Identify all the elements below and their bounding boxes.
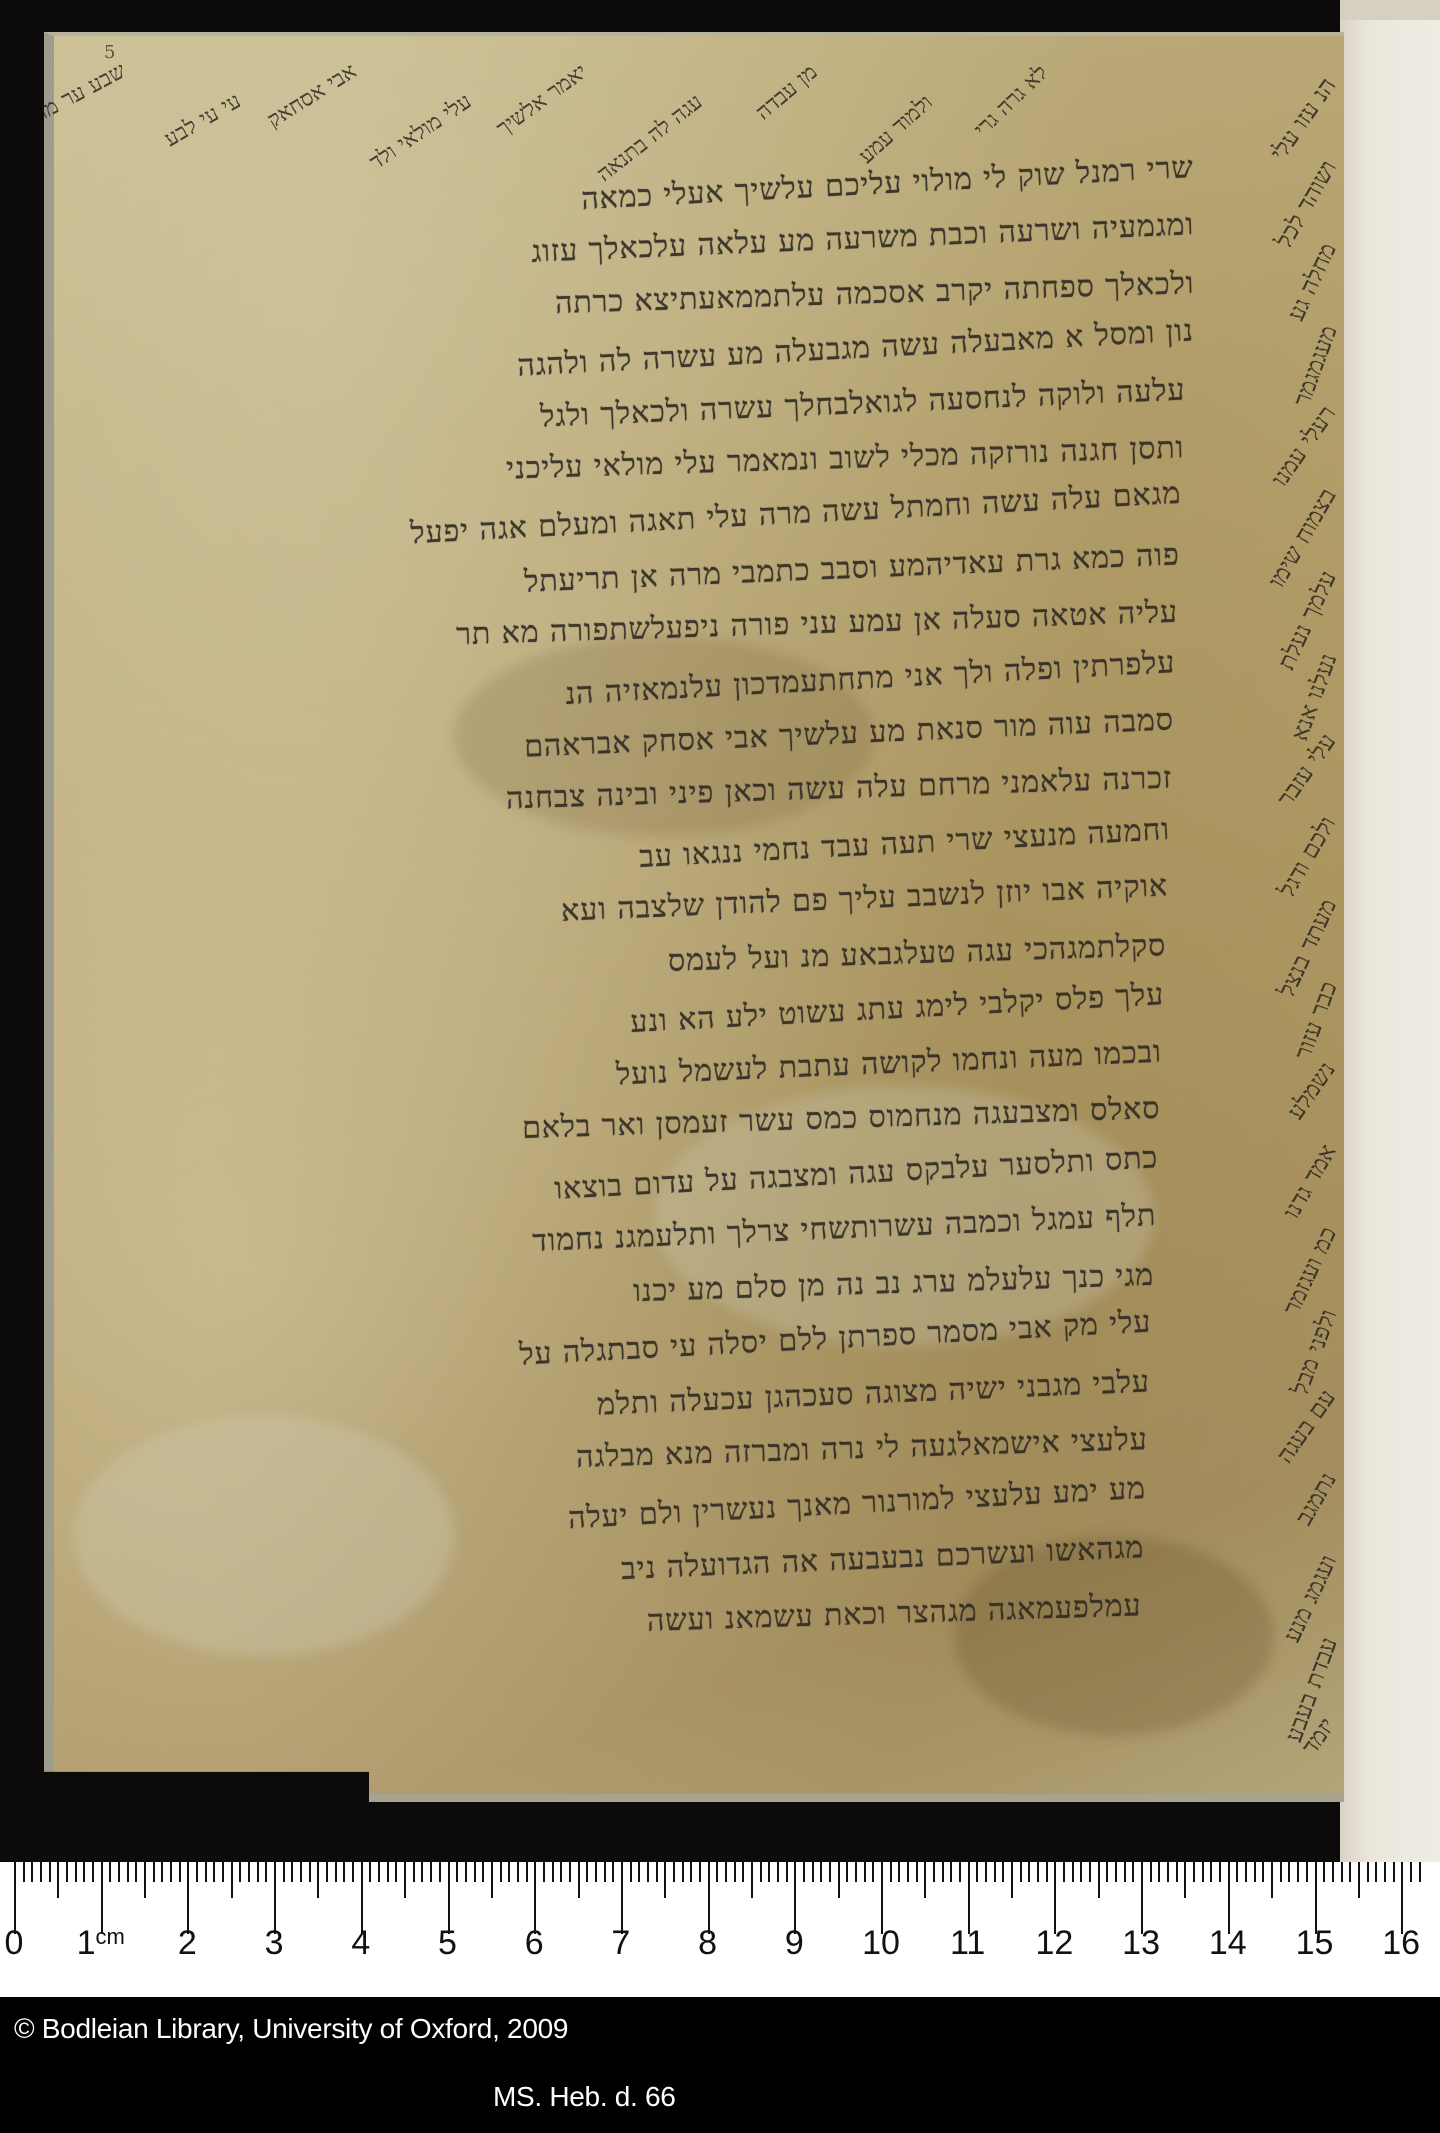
ruler-label: 15 <box>1296 1924 1334 1963</box>
text-line: עמלפעמאגה מגהצר וכאת עשמאנ ועשה <box>647 1588 1142 1638</box>
ruler-tick <box>1115 1862 1117 1882</box>
ruler-tick <box>326 1862 328 1882</box>
ruler-tick <box>846 1862 848 1882</box>
ruler-tick <box>916 1862 918 1882</box>
ruler-tick <box>803 1862 805 1882</box>
ruler-tick <box>395 1862 397 1882</box>
ruler-tick <box>248 1862 250 1882</box>
ruler-tick <box>890 1862 892 1882</box>
ruler-tick <box>1262 1862 1264 1882</box>
ruler-tick <box>57 1862 59 1898</box>
ruler-tick <box>586 1862 588 1882</box>
text-line: פוה כמא גרת עאדיהמע וסבב כתמבי מרה אן תר… <box>524 537 1181 598</box>
text-line: אוקיה אבו יוזן לנשבב עליך פם להודן שלצבה… <box>560 868 1168 927</box>
ruler-tick <box>83 1862 85 1882</box>
ruler-tick <box>1367 1862 1369 1882</box>
ruler-tick <box>552 1862 554 1882</box>
ruler-tick <box>760 1862 762 1882</box>
ruler-tick <box>985 1862 987 1882</box>
ruler-label: 1cm <box>77 1924 125 1963</box>
text-line: מגהאשו ועשרכם נבעבעה אה הגדועלה ניב <box>620 1530 1144 1586</box>
ruler-tick <box>170 1862 172 1882</box>
ruler-tick <box>673 1862 675 1882</box>
ruler-tick <box>543 1862 545 1882</box>
ruler-tick <box>777 1862 779 1882</box>
ruler-tick <box>430 1862 432 1882</box>
ruler-tick <box>1245 1862 1247 1882</box>
ruler-tick <box>491 1862 493 1898</box>
ruler-tick <box>257 1862 259 1882</box>
ruler-label: 0 <box>5 1924 24 1963</box>
ruler-label: 5 <box>438 1924 457 1963</box>
ruler-tick <box>66 1862 68 1882</box>
ruler-tick <box>924 1862 926 1898</box>
ruler-tick <box>1375 1862 1377 1882</box>
ruler-tick <box>1323 1862 1325 1882</box>
ruler-tick <box>144 1862 146 1898</box>
ruler-unit: cm <box>95 1924 124 1949</box>
ruler-tick <box>812 1862 814 1882</box>
ruler-tick <box>578 1862 580 1898</box>
ruler-tick <box>1254 1862 1256 1882</box>
ruler-tick <box>1419 1862 1421 1882</box>
text-line: כתס ותלסער עלבקס עגה ומצבגה על עדום בוצא… <box>553 1140 1158 1206</box>
ruler-tick <box>222 1862 224 1882</box>
ruler-tick <box>1184 1862 1186 1898</box>
ruler-tick <box>1089 1862 1091 1882</box>
ruler-tick <box>1202 1862 1204 1882</box>
ruler-tick <box>317 1862 319 1898</box>
text-line: ומגמעיה ושרעה וכבת משרעה מע עלאה עלכאלך … <box>530 207 1194 269</box>
ruler-tick <box>872 1862 874 1882</box>
ruler-tick <box>612 1862 614 1882</box>
ruler-tick <box>1011 1862 1013 1898</box>
copyright-notice: © Bodleian Library, University of Oxford… <box>14 2013 568 2045</box>
ruler-tick <box>1210 1862 1212 1882</box>
ruler-tick <box>1349 1862 1351 1882</box>
ruler-tick <box>179 1862 181 1882</box>
text-line: וחמעה מנעצי שרי תעה עבד נחמי ננגאו עב <box>638 812 1170 874</box>
ruler-tick <box>656 1862 658 1882</box>
ruler-tick <box>1236 1862 1238 1882</box>
ruler-tick <box>474 1862 476 1882</box>
ruler-tick <box>647 1862 649 1882</box>
ruler-tick <box>456 1862 458 1882</box>
ruler-tick <box>500 1862 502 1882</box>
ruler-tick <box>49 1862 51 1882</box>
ruler-tick <box>153 1862 155 1882</box>
ruler-tick <box>1028 1862 1030 1882</box>
text-line: ותסן חגנה נורזקה מכלי לשוב ונמאמר עלי מו… <box>505 430 1184 485</box>
ruler-tick <box>1132 1862 1134 1882</box>
ruler-tick <box>265 1862 267 1882</box>
ruler-tick <box>369 1862 371 1882</box>
text-line: סמבה עוה מור סנאת מע עלשיך אבי אסחק אברא… <box>523 702 1174 763</box>
ruler-tick <box>1219 1862 1221 1882</box>
ruler-tick <box>300 1862 302 1882</box>
text-line: סקלתמגהכי עגה טעלגבאע מנ ועל לעמס <box>667 928 1166 978</box>
ruler-tick <box>309 1862 311 1882</box>
ruler-tick <box>526 1862 528 1882</box>
ruler-tick <box>942 1862 944 1882</box>
main-text-block: שרי רמנל שוק לי מולוי עליכם עלשיך אעלי כ… <box>124 36 1344 1794</box>
text-line: סאלס ומצבעגה מנחמוס כמס עשר זעמסן ואר בל… <box>521 1091 1160 1145</box>
ruler-tick <box>439 1862 441 1882</box>
ruler-tick <box>291 1862 293 1882</box>
caption-bar: © Bodleian Library, University of Oxford… <box>0 1997 1440 2133</box>
ruler-tick <box>725 1862 727 1882</box>
ruler-tick <box>1306 1862 1308 1882</box>
ruler-tick <box>1080 1862 1082 1882</box>
text-line: תלף עמגל וכמבה עשרותשחי צרלך ותלעמגנ נחמ… <box>531 1198 1156 1258</box>
ruler-tick <box>742 1862 744 1882</box>
text-line: מע ימע עלעצי למורנור מאנך נעשרין ולם יעל… <box>567 1471 1146 1535</box>
ruler-tick <box>517 1862 519 1882</box>
ruler-tick <box>864 1862 866 1882</box>
ruler-tick <box>23 1862 25 1882</box>
text-line: זכרנה עלאמני מרחם עלה עשה וכאן פיני ובינ… <box>505 761 1172 816</box>
ruler-tick <box>820 1862 822 1882</box>
ruler-tick <box>508 1862 510 1882</box>
ruler-tick <box>231 1862 233 1898</box>
ruler-tick <box>205 1862 207 1882</box>
ruler-label: 11 <box>950 1924 985 1963</box>
ruler-tick <box>127 1862 129 1882</box>
ruler-tick <box>1280 1862 1282 1882</box>
ruler-tick <box>630 1862 632 1882</box>
ruler-tick <box>1002 1862 1004 1882</box>
ruler-label: 9 <box>785 1924 804 1963</box>
ruler-label: 13 <box>1122 1924 1160 1963</box>
ruler-label: 16 <box>1382 1924 1420 1963</box>
ruler-label: 2 <box>178 1924 197 1963</box>
ruler-tick <box>768 1862 770 1882</box>
ruler-tick <box>1193 1862 1195 1882</box>
ruler-tick <box>1098 1862 1100 1898</box>
ruler-tick <box>838 1862 840 1898</box>
ruler-tick <box>604 1862 606 1882</box>
ruler-tick <box>716 1862 718 1882</box>
ruler-tick <box>1393 1862 1395 1882</box>
text-line: ובכמו מעה ונחמו לקושה עתבת לעשמל נועל <box>616 1035 1163 1092</box>
text-line: עלבי מגבני ישיה מצוגה סעכהגן עכעלה ותלמ <box>596 1364 1150 1421</box>
ruler-tick <box>404 1862 406 1898</box>
ruler-tick <box>118 1862 120 1882</box>
ruler-tick <box>75 1862 77 1882</box>
ruler-tick <box>1020 1862 1022 1882</box>
ruler-tick <box>569 1862 571 1882</box>
ruler-tick <box>135 1862 137 1882</box>
ruler-tick <box>1410 1862 1412 1882</box>
ruler-tick <box>239 1862 241 1882</box>
ruler-tick <box>1063 1862 1065 1882</box>
ruler-tick <box>690 1862 692 1882</box>
ruler-tick <box>1150 1862 1152 1882</box>
manuscript-leaf: 5 שרי רמנל שוק לי מולוי עליכם עלשיך אעלי… <box>44 32 1344 1802</box>
ruler-tick <box>682 1862 684 1882</box>
ruler-tick <box>855 1862 857 1882</box>
text-line: עלך פלס יקלבי לימג עתג עשוט ילע הא ונע <box>629 977 1165 1039</box>
ruler-tick <box>352 1862 354 1882</box>
ruler-tick <box>994 1862 996 1882</box>
ruler-tick <box>378 1862 380 1882</box>
manuscript-photograph: 5 שרי רמנל שוק לי מולוי עליכם עלשיך אעלי… <box>0 0 1440 1862</box>
ruler-tick <box>283 1862 285 1882</box>
ruler-tick <box>907 1862 909 1882</box>
ruler-label: 7 <box>611 1924 630 1963</box>
ruler-tick <box>664 1862 666 1898</box>
ruler-label: 6 <box>525 1924 544 1963</box>
text-line: עליה אטאה סעלה אן עמע עני פורה ניפעלשתפו… <box>456 595 1179 652</box>
shelfmark: MS. Heb. d. 66 <box>493 2081 676 2113</box>
ruler-tick <box>898 1862 900 1882</box>
ruler-tick <box>1106 1862 1108 1882</box>
ruler-tick <box>1124 1862 1126 1882</box>
ruler-tick <box>161 1862 163 1882</box>
text-line: עלעה ולוקה לנחסעה לגואלבחלך עשרה ולכאלך … <box>540 372 1186 433</box>
ruler-tick <box>734 1862 736 1882</box>
ruler-tick <box>950 1862 952 1882</box>
ruler-tick <box>343 1862 345 1882</box>
text-line: עלי מק אבי מסמר ספרתן ללם יסלה עי סבתגלה… <box>519 1304 1152 1371</box>
text-line: מגי כנך עלעלמ ערג נב נה מן סלם מע יכנו <box>632 1258 1154 1308</box>
ruler-tick <box>413 1862 415 1882</box>
ruler-tick <box>1037 1862 1039 1882</box>
text-line: מגאם עלה עשה וחמתל עשה מרה עלי תאגה ומעל… <box>410 476 1182 550</box>
ruler-tick <box>1297 1862 1299 1882</box>
ruler-tick <box>1341 1862 1343 1882</box>
ruler-tick <box>335 1862 337 1882</box>
ruler-tick <box>387 1862 389 1882</box>
text-line: עלעצי אישמאלגעה לי נרה ומברזה מנא מבלגה <box>576 1422 1149 1474</box>
ruler-tick <box>109 1862 111 1882</box>
ruler-label: 12 <box>1035 1924 1073 1963</box>
ruler-tick <box>751 1862 753 1898</box>
ruler-tick <box>829 1862 831 1882</box>
ruler-tick <box>1358 1862 1360 1898</box>
ruler-label: 8 <box>698 1924 717 1963</box>
text-line: עלפרתין ופלה ולך אני מתחתעמדכון עלנמאזיה… <box>565 645 1177 711</box>
ruler-tick <box>1271 1862 1273 1898</box>
ruler-label: 10 <box>862 1924 900 1963</box>
ruler-tick <box>40 1862 42 1882</box>
ruler-label: 3 <box>265 1924 284 1963</box>
ruler-tick <box>92 1862 94 1882</box>
ruler-tick <box>959 1862 961 1882</box>
ruler-tick <box>31 1862 33 1882</box>
ruler-tick <box>638 1862 640 1882</box>
ruler-tick <box>976 1862 978 1882</box>
ruler-tick <box>933 1862 935 1882</box>
text-line: שרי רמנל שוק לי מולוי עליכם עלשיך אעלי כ… <box>580 150 1194 216</box>
ruler-tick <box>1332 1862 1334 1882</box>
backing-board <box>1340 0 1440 1862</box>
ruler-tick <box>595 1862 597 1882</box>
ruler-tick <box>482 1862 484 1882</box>
text-line: נון ומסל א מאבעלה עשה מגבעלה מע עשרה לה … <box>516 313 1194 382</box>
ruler-tick <box>1288 1862 1290 1882</box>
margin-note: שבע ער מולאי <box>9 58 131 139</box>
text-line: ולכאלך ספחתה יקרב אסכמה עלתממאעתיצא כרתה <box>554 266 1194 320</box>
ruler-tick <box>196 1862 198 1882</box>
ruler-tick <box>560 1862 562 1882</box>
ruler-tick <box>1384 1862 1386 1882</box>
ruler-tick <box>1072 1862 1074 1882</box>
ruler-tick <box>421 1862 423 1882</box>
ruler-tick <box>1158 1862 1160 1882</box>
scale-ruler: 01cm2345678910111213141516 <box>0 1862 1440 1997</box>
ruler-tick <box>213 1862 215 1882</box>
ruler-tick <box>1167 1862 1169 1882</box>
ruler-tick <box>786 1862 788 1882</box>
ruler-tick <box>1046 1862 1048 1882</box>
ruler-label: 4 <box>351 1924 370 1963</box>
ruler-tick <box>699 1862 701 1882</box>
ruler-label: 14 <box>1209 1924 1247 1963</box>
ruler-tick <box>1176 1862 1178 1882</box>
ruler-tick <box>465 1862 467 1882</box>
